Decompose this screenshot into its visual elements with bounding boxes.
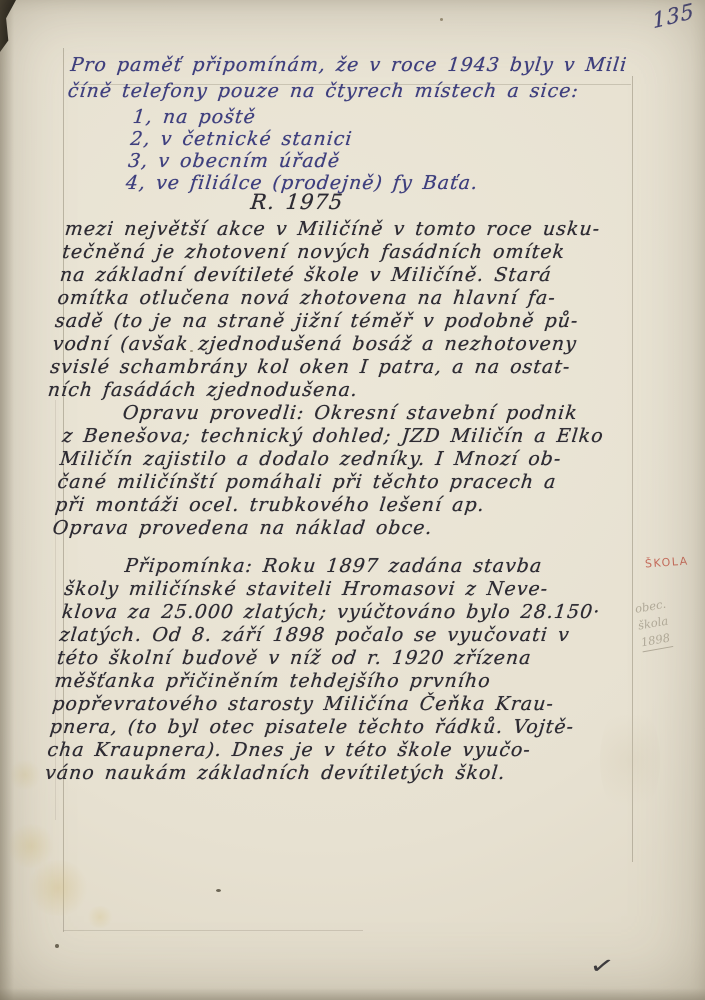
paragraph-line: Opravu provedli: Okresní stavební podnik bbox=[64, 402, 608, 425]
paper-speck bbox=[55, 944, 59, 948]
intro-line: číně telefony pouze na čtyrech místech a… bbox=[67, 78, 626, 104]
intro-paragraph: Pro paměť připomínám, že v roce 1943 byl… bbox=[67, 52, 629, 104]
margin-pencil-year: 1898 bbox=[640, 629, 674, 652]
paragraph-line: vodní (avšak zjednodušená bosáž a nezhot… bbox=[51, 333, 589, 356]
paragraph-line: popřevratového starosty Miličína Čeňka K… bbox=[51, 693, 592, 716]
page-edge-shadow-left bbox=[0, 0, 14, 1000]
paragraph-school-history: Připomínka: Roku 1897 zadána stavba škol… bbox=[44, 555, 606, 785]
bottom-guide-rule bbox=[63, 930, 363, 931]
paragraph-line: omítka otlučena nová zhotovena na hlavní… bbox=[56, 287, 594, 310]
paragraph-line: váno naukám základních devítiletých škol… bbox=[44, 762, 585, 785]
paragraph-facade-repair: mezi největší akce v Miličíně v tomto ro… bbox=[47, 218, 602, 402]
paragraph-line: při montáži ocel. trubkového lešení ap. bbox=[54, 494, 598, 517]
paragraph-line: této školní budově v níž od r. 1920 zříz… bbox=[56, 647, 597, 670]
paragraph-line: svislé schambrány kol oken I patra, a na… bbox=[49, 356, 587, 379]
paragraph-line: zlatých. Od 8. září 1898 počalo se vyučo… bbox=[58, 624, 599, 647]
paragraph-line: na základní devítileté škole v Miličíně.… bbox=[59, 264, 597, 287]
paragraph-repair-credits: Opravu provedli: Okresní stavební podnik… bbox=[51, 402, 607, 540]
paragraph-line: ních fasádách zjednodušena. bbox=[47, 379, 585, 402]
paragraph-line: pnera, (to byl otec pisatele těchto řádk… bbox=[49, 716, 590, 739]
year-heading: R. 1975 bbox=[249, 190, 344, 214]
page-edge-shadow-bottom bbox=[0, 988, 705, 1000]
telephone-locations-list: 1, na poště 2, v četnické stanici 3, v o… bbox=[125, 106, 486, 194]
page-number: 135 bbox=[651, 0, 695, 33]
margin-note-pencil: obec. škola 1898 bbox=[634, 596, 674, 653]
paper-stain bbox=[26, 860, 90, 916]
list-item: 2, v četnické stanici bbox=[129, 128, 484, 150]
paragraph-line: Miličín zajistilo a dodalo zedníky. I Mn… bbox=[59, 448, 603, 471]
paper-speck bbox=[216, 889, 221, 892]
paper-speck bbox=[440, 18, 443, 21]
intro-line: Pro paměť připomínám, že v roce 1943 byl… bbox=[69, 52, 628, 78]
chronicle-page: 135 Pro paměť připomínám, že v roce 1943… bbox=[0, 0, 705, 1000]
paragraph-line: Oprava provedena na náklad obce. bbox=[51, 517, 595, 540]
paragraph-line: školy miličínské staviteli Hromasovi z N… bbox=[63, 578, 604, 601]
paragraph-line: Připomínka: Roku 1897 zadána stavba bbox=[66, 555, 607, 578]
paragraph-line: sadě (to je na straně jižní téměř v podo… bbox=[54, 310, 592, 333]
paper-speck bbox=[190, 350, 193, 352]
list-item: 3, v obecním úřadě bbox=[127, 150, 482, 172]
paper-stain bbox=[86, 906, 114, 928]
paragraph-line: cha Kraupnera). Dnes je v této škole vyu… bbox=[46, 739, 587, 762]
paragraph-line: klova za 25.000 zlatých; vyúčtováno bylo… bbox=[61, 601, 602, 624]
paragraph-line: mezi největší akce v Miličíně v tomto ro… bbox=[64, 218, 602, 241]
margin-note-skola: ŠKOLA bbox=[645, 554, 689, 570]
paragraph-line: tečněná je zhotovení nových fasádních om… bbox=[61, 241, 599, 264]
paragraph-line: z Benešova; technický dohled; JZD Miličí… bbox=[61, 425, 605, 448]
list-item: 1, na poště bbox=[132, 106, 487, 128]
right-margin-rule-line bbox=[632, 76, 633, 862]
paragraph-line: čané miličínští pomáhali při těchto prac… bbox=[56, 471, 600, 494]
checkmark-annotation: ✓ bbox=[588, 950, 617, 981]
paragraph-line: měšťanka přičiněním tehdejšího prvního bbox=[53, 670, 594, 693]
paper-stain bbox=[600, 700, 660, 820]
